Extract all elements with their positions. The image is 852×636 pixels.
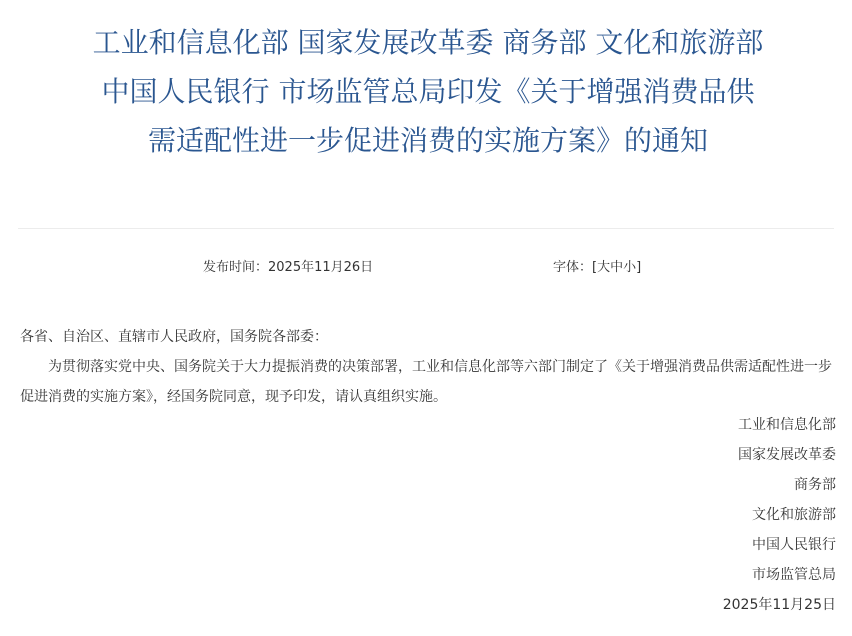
font-large-button[interactable]: 大 [597,260,610,275]
font-medium-button[interactable]: 中 [610,260,623,275]
signature-org: 国家发展改革委 [723,440,836,470]
font-size-label: 字体： [553,260,592,275]
page-title: 工业和信息化部 国家发展改革委 商务部 文化和旅游部 中国人民银行 市场监管总局… [90,18,766,165]
signature-org: 工业和信息化部 [723,410,836,440]
bracket-close: ] [636,260,641,275]
article-body: 各省、自治区、直辖市人民政府，国务院各部委： 为贯彻落实党中央、国务院关于大力提… [20,322,836,412]
font-small-button[interactable]: 小 [623,260,636,275]
signature-org: 文化和旅游部 [723,500,836,530]
publish-date: 2025年11月26日 [268,260,373,275]
publish-label: 发布时间： [203,260,268,275]
signature-org: 商务部 [723,470,836,500]
signature-org: 中国人民银行 [723,530,836,560]
title-divider [18,228,834,229]
font-size-controls: 字体：[大中小] [553,256,641,275]
signature-org: 市场监管总局 [723,560,836,590]
salutation: 各省、自治区、直辖市人民政府，国务院各部委： [20,322,836,352]
signature-date: 2025年11月25日 [723,590,836,620]
signature-block: 工业和信息化部 国家发展改革委 商务部 文化和旅游部 中国人民银行 市场监管总局… [723,410,836,620]
body-paragraph: 为贯彻落实党中央、国务院关于大力提振消费的决策部署，工业和信息化部等六部门制定了… [20,352,836,412]
publish-info: 发布时间：2025年11月26日 [203,256,373,275]
